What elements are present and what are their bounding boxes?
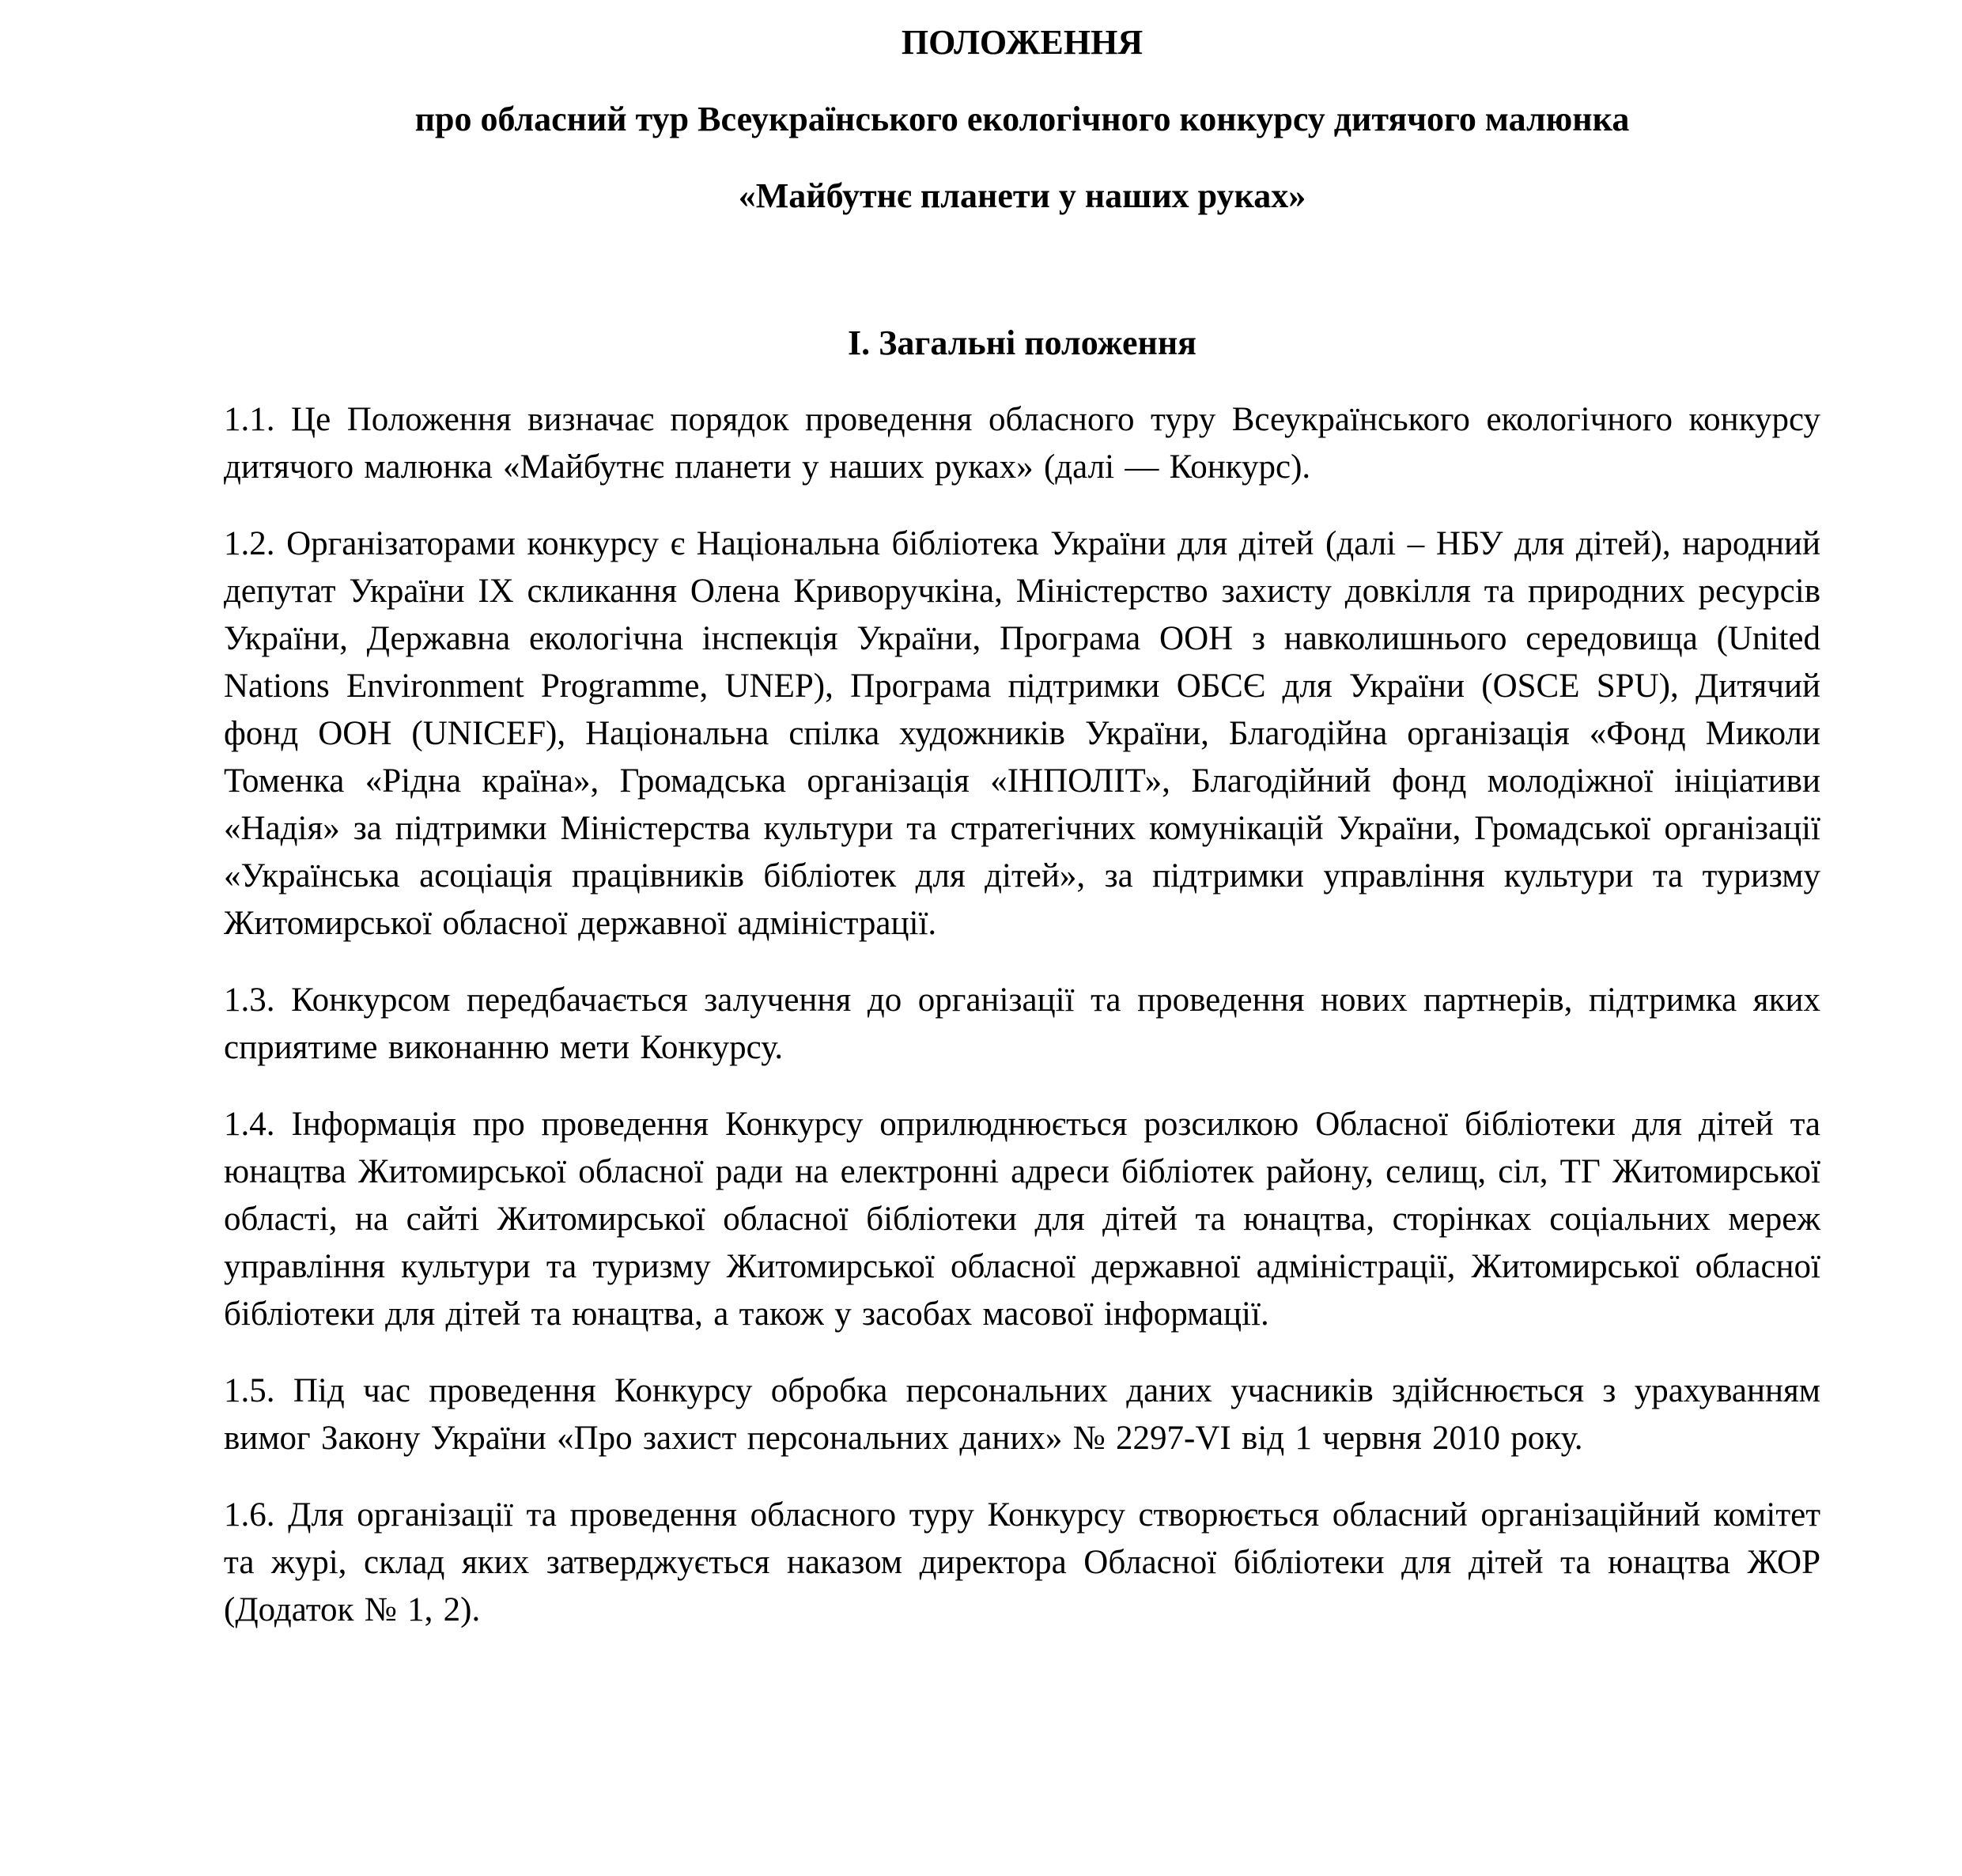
paragraph-1-2: 1.2. Організаторами конкурсу є Національ… bbox=[224, 520, 1820, 947]
paragraph-1-1: 1.1. Це Положення визначає порядок прове… bbox=[224, 396, 1820, 491]
section-heading-general-provisions: І. Загальні положення bbox=[224, 320, 1820, 367]
paragraph-1-5: 1.5. Під час проведення Конкурсу обробка… bbox=[224, 1367, 1820, 1462]
paragraph-1-4: 1.4. Інформація про проведення Конкурсу … bbox=[224, 1101, 1820, 1338]
document-subtitle-quote: «Майбутнє планети у наших руках» bbox=[224, 172, 1820, 220]
document-title: ПОЛОЖЕННЯ bbox=[224, 19, 1820, 66]
paragraph-1-3: 1.3. Конкурсом передбачається залучення … bbox=[224, 977, 1820, 1072]
document-page: ПОЛОЖЕННЯ про обласний тур Всеукраїнсько… bbox=[0, 0, 1962, 1876]
blank-line bbox=[224, 249, 1820, 320]
document-subtitle: про обласний тур Всеукраїнського екологі… bbox=[224, 96, 1820, 143]
paragraph-1-6: 1.6. Для організації та проведення облас… bbox=[224, 1492, 1820, 1634]
document-content: ПОЛОЖЕННЯ про обласний тур Всеукраїнсько… bbox=[224, 19, 1820, 1663]
